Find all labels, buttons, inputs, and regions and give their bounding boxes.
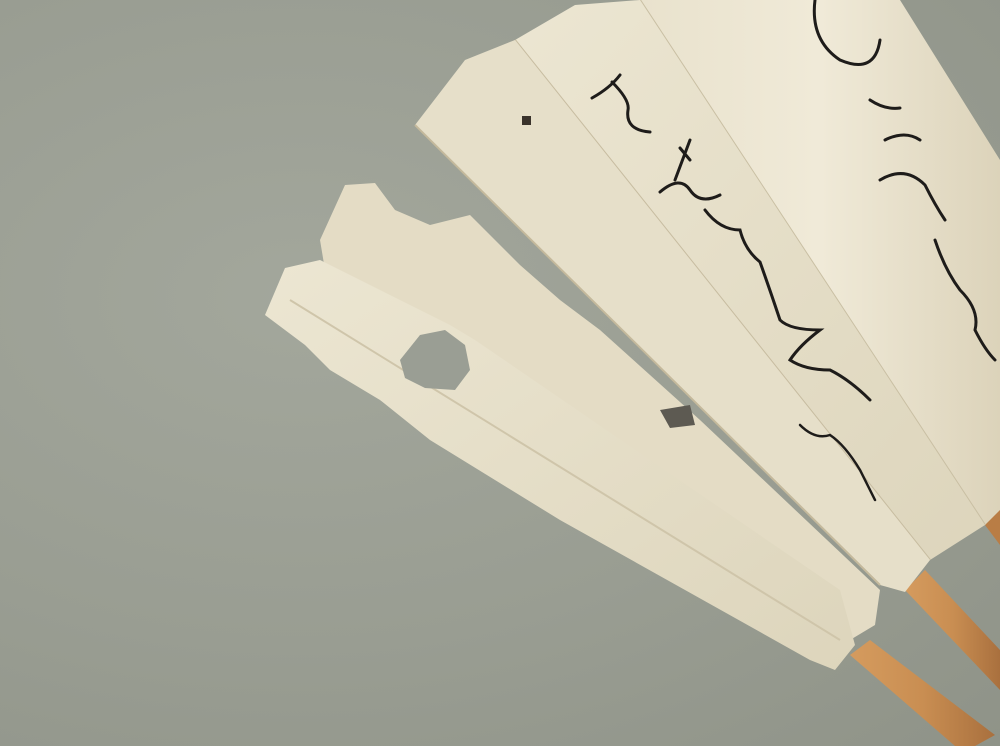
- fan-photograph: Antique folding fan with cursive calligr…: [0, 0, 1000, 746]
- fan-illustration: [0, 0, 1000, 746]
